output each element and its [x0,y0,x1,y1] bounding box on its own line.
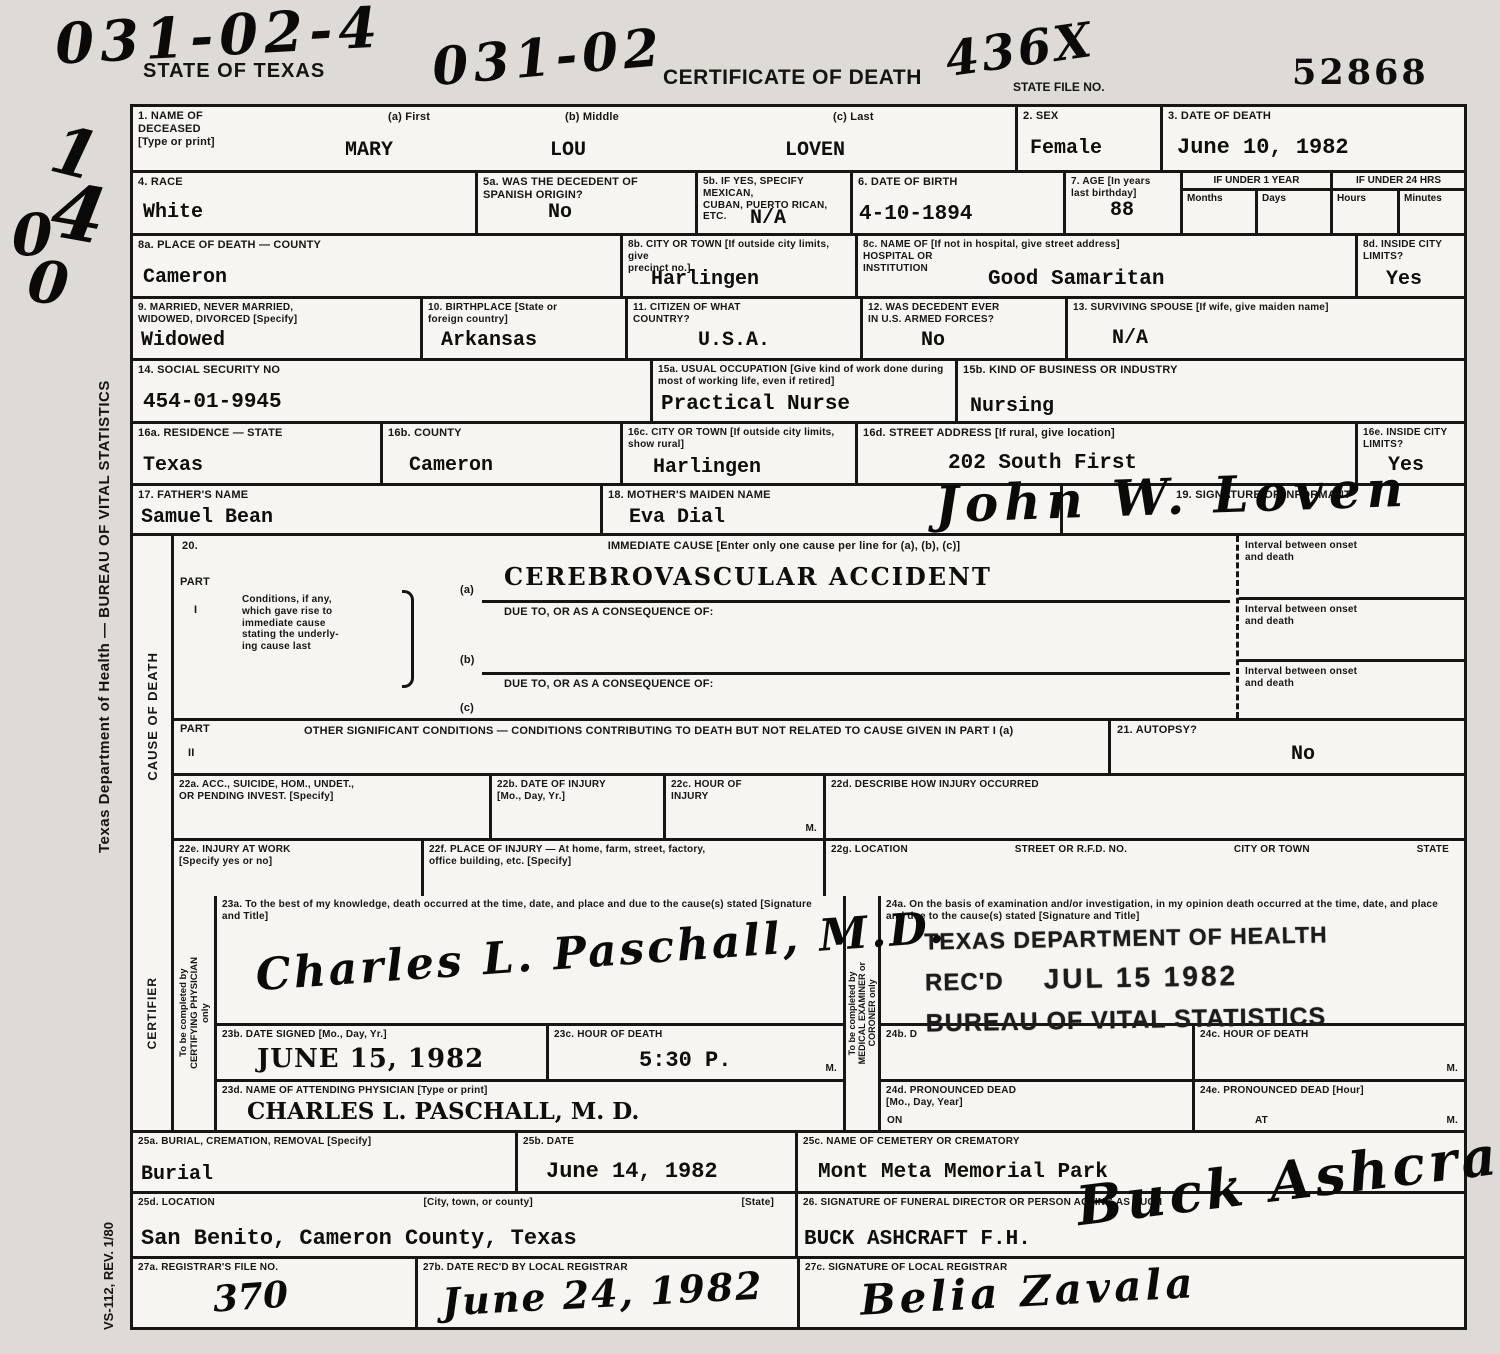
field-hospital: 8c. NAME OF [If not in hospital, give st… [858,236,1358,296]
date-of-birth-value: 4-10-1894 [859,203,972,226]
interval-label-a: Interval between onset and death [1245,540,1458,564]
handwritten-code-mid: 031-02 [430,22,666,94]
stamp-date: JUL 15 1982 [1043,960,1238,995]
hour-of-injury-m: M. [805,823,817,835]
cause-of-death-side-strip: CAUSE OF DEATH [133,536,174,896]
date-of-death-value: June 10, 1982 [1177,135,1349,160]
field-armed-forces: 12. WAS DECEDENT EVER IN U.S. ARMED FORC… [863,299,1068,358]
birthplace-label: 10. BIRTHPLACE [State or foreign country… [428,302,620,326]
pronounced-dead-at: AT [1255,1115,1268,1127]
field-occupation: 15a. USUAL OCCUPATION [Give kind of work… [653,361,958,421]
field-place-of-death-county: 8a. PLACE OF DEATH — COUNTY Cameron [133,236,623,296]
field-disposition-date: 25b. DATE June 14, 1982 [518,1133,798,1191]
part-2-box: PART II OTHER SIGNIFICANT CONDITIONS — C… [174,721,1464,776]
field-hour-of-death-24c: 24c. HOUR OF DEATH M. [1195,1026,1464,1079]
hour-of-death-23c-m: M. [825,1063,837,1075]
disposition-location-label: 25d. LOCATION [138,1197,215,1209]
first-name-value: MARY [345,139,393,162]
residence-county-value: Cameron [409,454,493,477]
age-value: 88 [1110,199,1134,222]
field-place-of-injury: 22f. PLACE OF INJURY — At home, farm, st… [424,841,826,896]
hour-of-death-24c-m: M. [1446,1063,1458,1075]
hour-of-death-23c-value: 5:30 P. [639,1048,731,1073]
funeral-director-typed: BUCK ASHCRAFT F.H. [804,1228,1031,1251]
pronounced-dead-hour-label: 24e. PRONOUNCED DEAD [Hour] [1200,1085,1459,1097]
residence-city-value: Harlingen [653,456,761,479]
armed-forces-value: No [921,329,945,352]
registrar-file-no-value: 370 [212,1276,289,1317]
armed-forces-label: 12. WAS DECEDENT EVER IN U.S. ARMED FORC… [868,302,1060,326]
specify-origin-value: N/A [750,207,786,230]
occupation-label: 15a. USUAL OCCUPATION [Give kind of work… [658,364,950,388]
attending-physician-value: CHARLES L. PASCHALL, M. D. [247,1098,639,1125]
street-address-label: 16d. STREET ADDRESS [If rural, give loca… [863,427,1350,440]
how-injury-occurred-label: 22d. DESCRIBE HOW INJURY OCCURRED [831,779,1459,791]
ssn-label: 14. SOCIAL SECURITY NO [138,364,645,377]
row-24d-24e: 24d. PRONOUNCED DEAD [Mo., Day, Year] ON… [881,1082,1464,1130]
city-or-town-value: Harlingen [651,268,759,291]
field-injury-location: 22g. LOCATION STREET OR R.F.D. NO. CITY … [826,841,1464,896]
race-label: 4. RACE [138,176,470,189]
stamp-recd: REC'D [925,968,1004,997]
field-date-signed: 23b. DATE SIGNED [Mo., Day, Yr.] JUNE 15… [217,1026,549,1079]
immediate-cause-value: CEREBROVASCULAR ACCIDENT [504,562,992,591]
part-2-numeral: II [188,747,195,760]
field-father-name: 17. FATHER'S NAME Samuel Bean [133,486,603,533]
field-registrar-date: 27b. DATE REC'D BY LOCAL REGISTRAR June … [418,1259,800,1327]
sex-label: 2. SEX [1023,110,1155,123]
certificate-form: 1. NAME OF DECEASED [Type or print] (a) … [130,104,1467,1330]
attending-physician-label: 23d. NAME OF ATTENDING PHYSICIAN [Type o… [222,1085,838,1097]
box-20-number: 20. [182,540,198,553]
state-file-number: 52868 [1292,52,1429,93]
part-2-content: PART II OTHER SIGNIFICANT CONDITIONS — C… [174,721,1464,773]
certificate-title: CERTIFICATE OF DEATH [663,66,922,90]
date-of-death-label: 3. DATE OF DEATH [1168,110,1459,123]
row-ssn-occupation: 14. SOCIAL SECURITY NO 454-01-9945 15a. … [133,361,1464,424]
days-label: Days [1258,191,1330,233]
row-race-origin-birth-age: 4. RACE White 5a. WAS THE DECEDENT OF SP… [133,173,1464,236]
business-industry-label: 15b. KIND OF BUSINESS OR INDUSTRY [963,364,1459,377]
field-acc-suicide: 22a. ACC., SUICIDE, HOM., UNDET., OR PEN… [174,776,492,838]
field-registrar-file-no: 27a. REGISTRAR'S FILE NO. 370 [133,1259,418,1327]
field-hour-of-death-23c: 23c. HOUR OF DEATH 5:30 P. M. [549,1026,843,1079]
interval-label-b: Interval between onset and death [1245,604,1458,628]
part-1-box: 20. PART I Conditions, if any, which gav… [174,536,1464,721]
row-injury-1: 22a. ACC., SUICIDE, HOM., UNDET., OR PEN… [174,776,1464,841]
pronounced-dead-m: M. [1446,1115,1458,1127]
birthplace-value: Arkansas [441,329,537,352]
mother-maiden-name-value: Eva Dial [629,506,725,529]
field-race: 4. RACE White [133,173,478,233]
injury-at-work-label: 22e. INJURY AT WORK [Specify yes or no] [179,844,416,868]
part-2-text: OTHER SIGNIFICANT CONDITIONS — CONDITION… [304,725,1094,738]
part-1-word: PART [180,576,210,589]
injury-state-label: STATE [1417,844,1449,856]
surviving-spouse-label: 13. SURVIVING SPOUSE [If wife, give maid… [1073,302,1459,314]
citizen-value: U.S.A. [698,329,770,352]
due-to-label-2: DUE TO, OR AS A CONSEQUENCE OF: [504,678,714,691]
conditions-note: Conditions, if any, which gave rise to i… [242,594,339,653]
field-if-under-1-year: IF UNDER 1 YEAR Months Days [1183,173,1333,233]
conditions-bracket [402,590,414,688]
field-marital-status: 9. MARRIED, NEVER MARRIED, WIDOWED, DIVO… [133,299,423,358]
examiner-certification-label: 24a. On the basis of examination and/or … [886,899,1459,923]
age-label: 7. AGE [In years last birthday] [1071,176,1175,200]
field-specify-origin: 5b. IF YES, SPECIFY MEXICAN, CUBAN, PUER… [698,173,853,233]
registrar-file-no-label: 27a. REGISTRAR'S FILE NO. [138,1262,410,1274]
field-residence-state: 16a. RESIDENCE — STATE Texas [133,424,383,483]
certifying-physician-strip: To be completed by CERTIFYING PHYSICIAN … [174,896,217,1130]
business-industry-value: Nursing [970,395,1054,418]
field-residence-city: 16c. CITY OR TOWN [If outside city limit… [623,424,858,483]
injury-street-label: STREET OR R.F.D. NO. [1015,844,1127,856]
registrar-date-value: June 24, 1982 [441,1267,764,1322]
field-ssn: 14. SOCIAL SECURITY NO 454-01-9945 [133,361,653,421]
burial-type-value: Burial [141,1163,213,1186]
inside-city-limits-8d-label: 8d. INSIDE CITY LIMITS? [1363,239,1459,263]
line-a-label: (a) [460,584,474,597]
pronounced-dead-on: ON [887,1115,902,1127]
marital-status-value: Widowed [141,329,225,352]
disposition-date-label: 25b. DATE [523,1136,790,1148]
sex-value: Female [1030,137,1102,160]
date-of-injury-label: 22b. DATE OF INJURY [Mo., Day, Yr.] [497,779,658,803]
autopsy-label: 21. AUTOPSY? [1117,724,1458,737]
due-to-label-1: DUE TO, OR AS A CONSEQUENCE OF: [504,606,714,619]
occupation-value: Practical Nurse [661,393,850,416]
hour-of-death-23c-label: 23c. HOUR OF DEATH [554,1029,838,1041]
field-surviving-spouse: 13. SURVIVING SPOUSE [If wife, give maid… [1068,299,1464,358]
medical-examiner-strip-label: To be completed by MEDICAL EXAMINER or C… [847,962,877,1064]
field-autopsy: 21. AUTOPSY? No [1108,721,1464,773]
row-name-sex-date: 1. NAME OF DECEASED [Type or print] (a) … [133,107,1464,173]
residence-state-label: 16a. RESIDENCE — STATE [138,427,375,440]
section-cause-of-death: CAUSE OF DEATH 20. PART I Conditions, if… [133,536,1464,896]
minutes-label: Minutes [1400,191,1464,233]
field-date-of-birth: 6. DATE OF BIRTH 4-10-1894 [853,173,1066,233]
field-date-of-injury: 22b. DATE OF INJURY [Mo., Day, Yr.] [492,776,666,838]
place-of-injury-label: 22f. PLACE OF INJURY — At home, farm, st… [429,844,818,868]
field-inside-city-limits-8d: 8d. INSIDE CITY LIMITS? Yes [1358,236,1464,296]
department-vertical-text: Texas Department of Health — BUREAU OF V… [96,112,124,1122]
surviving-spouse-value: N/A [1112,327,1148,350]
inside-city-limits-16e-label: 16e. INSIDE CITY LIMITS? [1363,427,1459,451]
part-2-word: PART [180,723,210,736]
under-1-year-label: IF UNDER 1 YEAR [1183,173,1330,191]
margin-handwritten-digit-4: 0 [25,252,71,314]
county-label: 8a. PLACE OF DEATH — COUNTY [138,239,615,252]
field-spanish-origin: 5a. WAS THE DECEDENT OF SPANISH ORIGIN? … [478,173,698,233]
field-date-of-death: 3. DATE OF DEATH June 10, 1982 [1163,107,1464,170]
field-residence-county: 16b. COUNTY Cameron [383,424,623,483]
hospital-value: Good Samaritan [988,268,1164,291]
autopsy-value: No [1291,743,1315,766]
middle-name-label: (b) Middle [565,111,619,124]
spanish-origin-label: 5a. WAS THE DECEDENT OF SPANISH ORIGIN? [483,176,690,202]
citizen-label: 11. CITIZEN OF WHAT COUNTRY? [633,302,855,326]
field-age: 7. AGE [In years last birthday] 88 [1066,173,1183,233]
field-city-or-town: 8b. CITY OR TOWN [If outside city limits… [623,236,858,296]
hours-label: Hours [1333,191,1400,233]
line-a-rule [482,600,1230,603]
field-citizen: 11. CITIZEN OF WHAT COUNTRY? U.S.A. [628,299,863,358]
death-certificate-scan: 031-02-4 031-02 STATE OF TEXAS CERTIFICA… [0,0,1500,1354]
field-pronounced-dead-date: 24d. PRONOUNCED DEAD [Mo., Day, Year] ON [881,1082,1195,1130]
cause-of-death-side-label: CAUSE OF DEATH [145,652,160,781]
residence-county-label: 16b. COUNTY [388,427,615,440]
injury-city-label: CITY OR TOWN [1234,844,1310,856]
field-hour-of-injury: 22c. HOUR OF INJURY M. [666,776,826,838]
residence-state-value: Texas [143,454,203,477]
father-name-value: Samuel Bean [141,506,273,529]
part-1-numeral: I [194,604,197,617]
acc-suicide-label: 22a. ACC., SUICIDE, HOM., UNDET., OR PEN… [179,779,484,803]
certifier-side-label: CERTIFIER [145,977,159,1049]
row-place-of-death: 8a. PLACE OF DEATH — COUNTY Cameron 8b. … [133,236,1464,299]
injury-location-label: 22g. LOCATION [831,844,908,856]
field-attending-physician: 23d. NAME OF ATTENDING PHYSICIAN [Type o… [217,1082,843,1130]
disposition-location-value: San Benito, Cameron County, Texas [141,1226,577,1251]
under-24-hrs-label: IF UNDER 24 HRS [1333,173,1464,191]
field-disposition-location: 25d. LOCATION [City, town, or county] [S… [133,1194,798,1256]
field-injury-at-work: 22e. INJURY AT WORK [Specify yes or no] [174,841,424,896]
line-b-label: (b) [460,654,475,667]
disposition-location-city-hint: [City, town, or county] [423,1197,532,1209]
line-b-rule [482,672,1230,675]
field-registrar-signature: 27c. SIGNATURE OF LOCAL REGISTRAR Belia … [800,1259,1464,1327]
date-signed-label: 23b. DATE SIGNED [Mo., Day, Yr.] [222,1029,541,1041]
pronounced-dead-date-label: 24d. PRONOUNCED DEAD [Mo., Day, Year] [886,1085,1187,1109]
field-name-of-deceased: 1. NAME OF DECEASED [Type or print] (a) … [133,107,1018,170]
county-value: Cameron [143,266,227,289]
field-if-under-24-hrs: IF UNDER 24 HRS Hours Minutes [1333,173,1464,233]
interval-column: Interval between onset and death Interva… [1236,536,1464,718]
burial-type-label: 25a. BURIAL, CREMATION, REMOVAL [Specify… [138,1136,510,1148]
spanish-origin-value: No [548,201,572,224]
father-name-label: 17. FATHER'S NAME [138,489,595,502]
state-file-no-label: STATE FILE NO. [1013,80,1105,94]
field-business-industry: 15b. KIND OF BUSINESS OR INDUSTRY Nursin… [958,361,1464,421]
last-name-label: (c) Last [833,111,874,124]
field-burial-type: 25a. BURIAL, CREMATION, REMOVAL [Specify… [133,1133,518,1191]
last-name-value: LOVEN [785,139,845,162]
row-23d: 23d. NAME OF ATTENDING PHYSICIAN [Type o… [217,1082,843,1130]
row-injury-2: 22e. INJURY AT WORK [Specify yes or no] … [174,841,1464,896]
race-value: White [143,201,203,224]
certifying-physician-strip-label: To be completed by CERTIFYING PHYSICIAN … [178,957,211,1069]
immediate-cause-heading: IMMEDIATE CAUSE [Enter only one cause pe… [474,540,1094,553]
disposition-date-value: June 14, 1982 [546,1159,718,1184]
row-registrar: 27a. REGISTRAR'S FILE NO. 370 27b. DATE … [133,1259,1464,1327]
residence-city-label: 16c. CITY OR TOWN [If outside city limit… [628,427,850,451]
field-sex: 2. SEX Female [1018,107,1163,170]
handwritten-code-right: 436X [942,16,1097,84]
date-of-birth-label: 6. DATE OF BIRTH [858,176,1058,189]
months-label: Months [1183,191,1258,233]
middle-name-value: LOU [550,139,586,162]
line-c-label: (c) [460,702,474,715]
field-how-injury-occurred: 22d. DESCRIBE HOW INJURY OCCURRED [826,776,1464,838]
received-stamp: TEXAS DEPARTMENT OF HEALTH REC'D JUL 15 … [924,921,1329,1038]
part-1-content: 20. PART I Conditions, if any, which gav… [174,536,1464,718]
marital-status-label: 9. MARRIED, NEVER MARRIED, WIDOWED, DIVO… [138,302,415,326]
first-name-label: (a) First [388,111,430,124]
state-of-texas-label: STATE OF TEXAS [143,60,325,83]
form-code-vertical-text: VS-112, REV. 1/80 [101,1135,125,1330]
cemetery-value: Mont Meta Memorial Park [818,1161,1108,1184]
interval-label-c: Interval between onset and death [1245,666,1458,690]
ssn-value: 454-01-9945 [143,391,282,414]
field-birthplace: 10. BIRTHPLACE [State or foreign country… [423,299,628,358]
date-signed-value: JUNE 15, 1982 [257,1044,484,1074]
hour-of-injury-label: 22c. HOUR OF INJURY [671,779,818,803]
row-marital-birthplace-citizen: 9. MARRIED, NEVER MARRIED, WIDOWED, DIVO… [133,299,1464,361]
certifier-side-strip: CERTIFIER [133,896,174,1130]
row-23b-23c: 23b. DATE SIGNED [Mo., Day, Yr.] JUNE 15… [217,1026,843,1082]
inside-city-limits-8d-value: Yes [1386,268,1422,291]
disposition-location-state-hint: [State] [741,1197,774,1209]
stamp-line-1: TEXAS DEPARTMENT OF HEALTH [924,921,1328,955]
field-pronounced-dead-hour: 24e. PRONOUNCED DEAD [Hour] AT M. [1195,1082,1464,1130]
